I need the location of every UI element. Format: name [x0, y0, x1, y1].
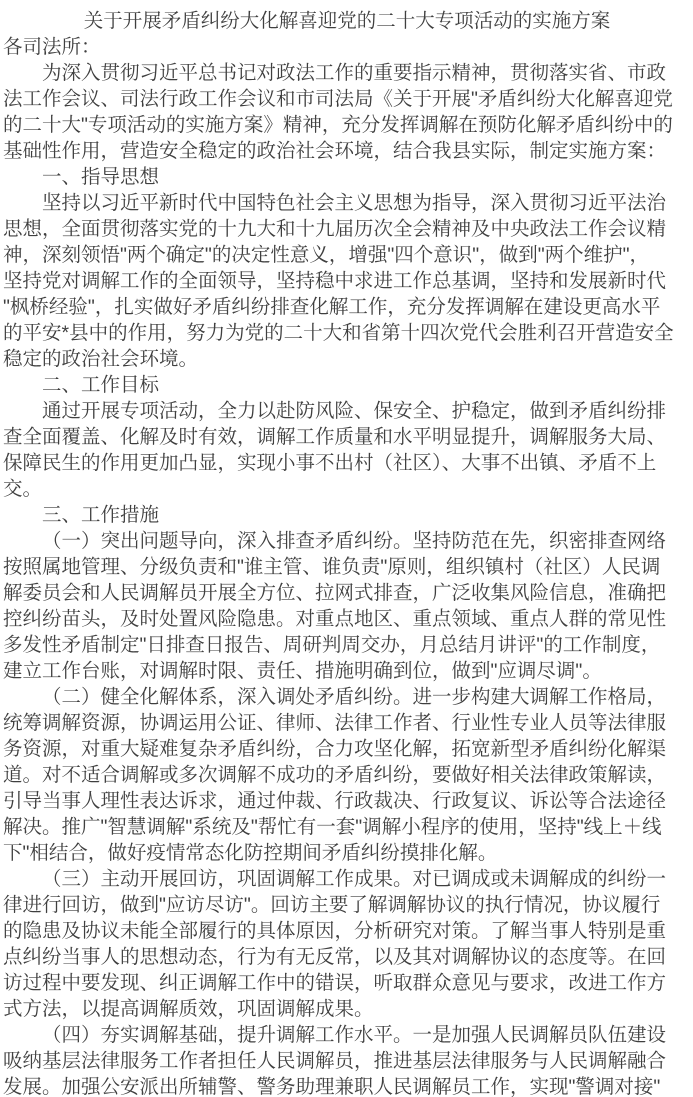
- text-line: 思想，全面贯彻落实党的十九大和十九届历次全会精神及中央政法工作会议精: [3, 216, 691, 242]
- text-line: 发展。加强公安派出所辅警、警务助理兼职人民调解员工作，实现"警调对接": [3, 1074, 691, 1097]
- text-line: 三、工作措施: [3, 502, 691, 528]
- text-line: 下"相结合，做好疫情常态化防控期间矛盾纠纷摸排化解。: [3, 840, 691, 866]
- text-line: 多发性矛盾制定"日排查日报告、周研判周交办，月总结月讲评"的工作制度，: [3, 632, 691, 658]
- text-line: 控纠纷苗头，及时处置风险隐患。对重点地区、重点领域、重点人群的常见性: [3, 606, 691, 632]
- text-line: 神，深刻领悟"两个确定"的决定性意义，增强"四个意识"，做到"两个维护"，: [3, 242, 691, 268]
- text-line: 查全面覆盖、化解及时有效，调解工作质量和水平明显提升，调解服务大局、: [3, 424, 691, 450]
- text-line: 的平安*县中的作用，努力为党的二十大和省第十四次党代会胜利召开营造安全: [3, 320, 691, 346]
- text-line: 各司法所：: [3, 34, 691, 60]
- text-line: 二、工作目标: [3, 372, 691, 398]
- text-line: （一）突出问题导向，深入排查矛盾纠纷。坚持防范在先，织密排查网络: [3, 528, 691, 554]
- text-line: 建立工作台账，对调解时限、责任、措施明确到位，做到"应调尽调"。: [3, 658, 691, 684]
- text-line: 解决。推广"智慧调解"系统及"帮忙有一套"调解小程序的使用，坚持"线上＋线: [3, 814, 691, 840]
- text-line: 解委员会和人民调解员开展全方位、拉网式排查，广泛收集风险信息，准确把: [3, 580, 691, 606]
- document: 关于开展矛盾纠纷大化解喜迎党的二十大专项活动的实施方案 各司法所：为深入贯彻习近…: [0, 0, 693, 1097]
- text-line: 稳定的政治社会环境。: [3, 346, 691, 372]
- text-line: （三）主动开展回访，巩固调解工作成果。对已调成或未调解成的纠纷一: [3, 866, 691, 892]
- text-line: 法工作会议、司法行政工作会议和市司法局《关于开展"矛盾纠纷大化解喜迎党: [3, 86, 691, 112]
- text-line: 点纠纷当事人的思想动态，行为有无反常，以及其对调解协议的态度等。在回: [3, 944, 691, 970]
- text-line: 保障民生的作用更加凸显，实现小事不出村（社区）、大事不出镇、矛盾不上: [3, 450, 691, 476]
- text-line: （四）夯实调解基础，提升调解工作水平。一是加强人民调解员队伍建设: [3, 1022, 691, 1048]
- text-line: 基础性作用，营造安全稳定的政治社会环境，结合我县实际，制定实施方案：: [3, 138, 691, 164]
- document-body: 各司法所：为深入贯彻习近平总书记对政法工作的重要指示精神，贯彻落实省、市政法工作…: [3, 34, 691, 1097]
- text-line: （二）健全化解体系，深入调处矛盾纠纷。进一步构建大调解工作格局，: [3, 684, 691, 710]
- text-line: 访过程中要发现、纠正调解工作中的错误，听取群众意见与要求，改进工作方: [3, 970, 691, 996]
- text-line: 为深入贯彻习近平总书记对政法工作的重要指示精神，贯彻落实省、市政: [3, 60, 691, 86]
- text-line: 坚持以习近平新时代中国特色社会主义思想为指导，深入贯彻习近平法治: [3, 190, 691, 216]
- text-line: 按照属地管理、分级负责和"谁主管、谁负责"原则，组织镇村（社区）人民调: [3, 554, 691, 580]
- text-line: 律进行回访，做到"应访尽访"。回访主要了解调解协议的执行情况，协议履行: [3, 892, 691, 918]
- text-line: 通过开展专项活动，全力以赴防风险、保安全、护稳定，做到矛盾纠纷排: [3, 398, 691, 424]
- text-line: 式方法，以提高调解质效，巩固调解成果。: [3, 996, 691, 1022]
- text-line: 统筹调解资源，协调运用公证、律师、法律工作者、行业性专业人员等法律服: [3, 710, 691, 736]
- text-line: 交。: [3, 476, 691, 502]
- text-line: 的隐患及协议未能全部履行的具体原因，分析研究对策。了解当事人特别是重: [3, 918, 691, 944]
- document-title: 关于开展矛盾纠纷大化解喜迎党的二十大专项活动的实施方案: [3, 8, 691, 34]
- text-line: 引导当事人理性表达诉求，通过仲裁、行政裁决、行政复议、诉讼等合法途径: [3, 788, 691, 814]
- text-line: 吸纳基层法律服务工作者担任人民调解员，推进基层法律服务与人民调解融合: [3, 1048, 691, 1074]
- text-line: 坚持党对调解工作的全面领导，坚持稳中求进工作总基调，坚持和发展新时代: [3, 268, 691, 294]
- text-line: 一、指导思想: [3, 164, 691, 190]
- text-line: 务资源，对重大疑难复杂矛盾纠纷，合力攻坚化解，拓宽新型矛盾纠纷化解渠: [3, 736, 691, 762]
- text-line: 道。对不适合调解或多次调解不成功的矛盾纠纷，要做好相关法律政策解读，: [3, 762, 691, 788]
- text-line: "枫桥经验"，扎实做好矛盾纠纷排查化解工作，充分发挥调解在建设更高水平: [3, 294, 691, 320]
- text-line: 的二十大"专项活动的实施方案》精神，充分发挥调解在预防化解矛盾纠纷中的: [3, 112, 691, 138]
